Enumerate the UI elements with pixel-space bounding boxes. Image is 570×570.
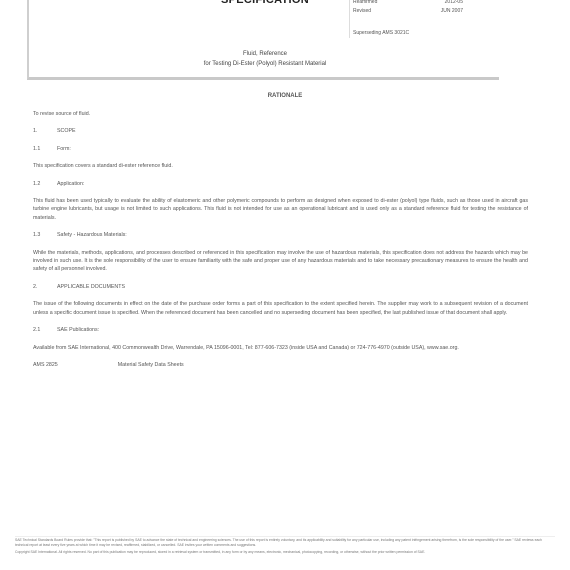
legal-footer: SAE Technical Standards Board Rules prov…: [15, 536, 555, 557]
section-paragraph: Available from SAE International, 400 Co…: [33, 344, 528, 352]
section-title: Safety - Hazardous Materials:: [57, 231, 127, 239]
section-number: 1.: [33, 127, 43, 135]
section-title: SAE Publications:: [57, 326, 99, 334]
meta-value: JUN 2007: [441, 7, 463, 16]
section-paragraph: The issue of the following documents in …: [33, 300, 528, 317]
section-paragraph: While the materials, methods, applicatio…: [33, 249, 528, 274]
section-heading: 1.1 Form:: [33, 145, 528, 153]
section-paragraph: This fluid has been used typically to ev…: [33, 197, 528, 222]
section-title: SCOPE: [57, 127, 76, 135]
document-metadata: Reaffirmed 2012-05 Revised JUN 2007 Supe…: [349, 0, 463, 38]
section-number: 1.1: [33, 145, 43, 153]
reference-doc-title: Material Safety Data Sheets: [118, 361, 184, 369]
meta-label: Reaffirmed: [353, 0, 377, 7]
section-heading: 1. SCOPE: [33, 127, 528, 135]
section-heading: 2. APPLICABLE DOCUMENTS: [33, 283, 528, 291]
meta-reaffirmed: Reaffirmed 2012-05: [353, 0, 463, 7]
subject-line-1: Fluid, Reference: [0, 51, 530, 57]
document-type-title: SPECIFICATION: [200, 0, 330, 6]
subject-line-2: for Testing Di-Ester (Polyol) Resistant …: [0, 61, 530, 67]
footer-paragraph: Copyright SAE International. All rights …: [15, 550, 555, 555]
meta-revised: Revised JUN 2007: [353, 7, 463, 16]
section-title: APPLICABLE DOCUMENTS: [57, 283, 125, 291]
section-number: 1.3: [33, 231, 43, 239]
superseding-text: Superseding AMS 3021C: [353, 29, 409, 38]
reference-doc-number: AMS 2825: [33, 361, 58, 369]
section-title: Application:: [57, 180, 84, 188]
section-heading: 2.1 SAE Publications:: [33, 326, 528, 334]
section-heading: 1.2 Application:: [33, 180, 528, 188]
rationale-heading: RATIONALE: [0, 93, 570, 99]
section-heading: 1.3 Safety - Hazardous Materials:: [33, 231, 528, 239]
meta-label: Revised: [353, 7, 371, 16]
section-title: Form:: [57, 145, 71, 153]
section-number: 2.1: [33, 326, 43, 334]
rationale-text: To revise source of fluid.: [33, 110, 528, 118]
section-number: 1.2: [33, 180, 43, 188]
document-body: To revise source of fluid. 1. SCOPE 1.1 …: [33, 110, 528, 369]
meta-value: 2012-05: [445, 0, 463, 7]
reference-entry: AMS 2825 Material Safety Data Sheets: [33, 361, 528, 369]
section-number: 2.: [33, 283, 43, 291]
footer-paragraph: SAE Technical Standards Board Rules prov…: [15, 538, 555, 548]
section-paragraph: This specification covers a standard di-…: [33, 162, 528, 170]
meta-superseding: Superseding AMS 3021C: [353, 29, 463, 38]
